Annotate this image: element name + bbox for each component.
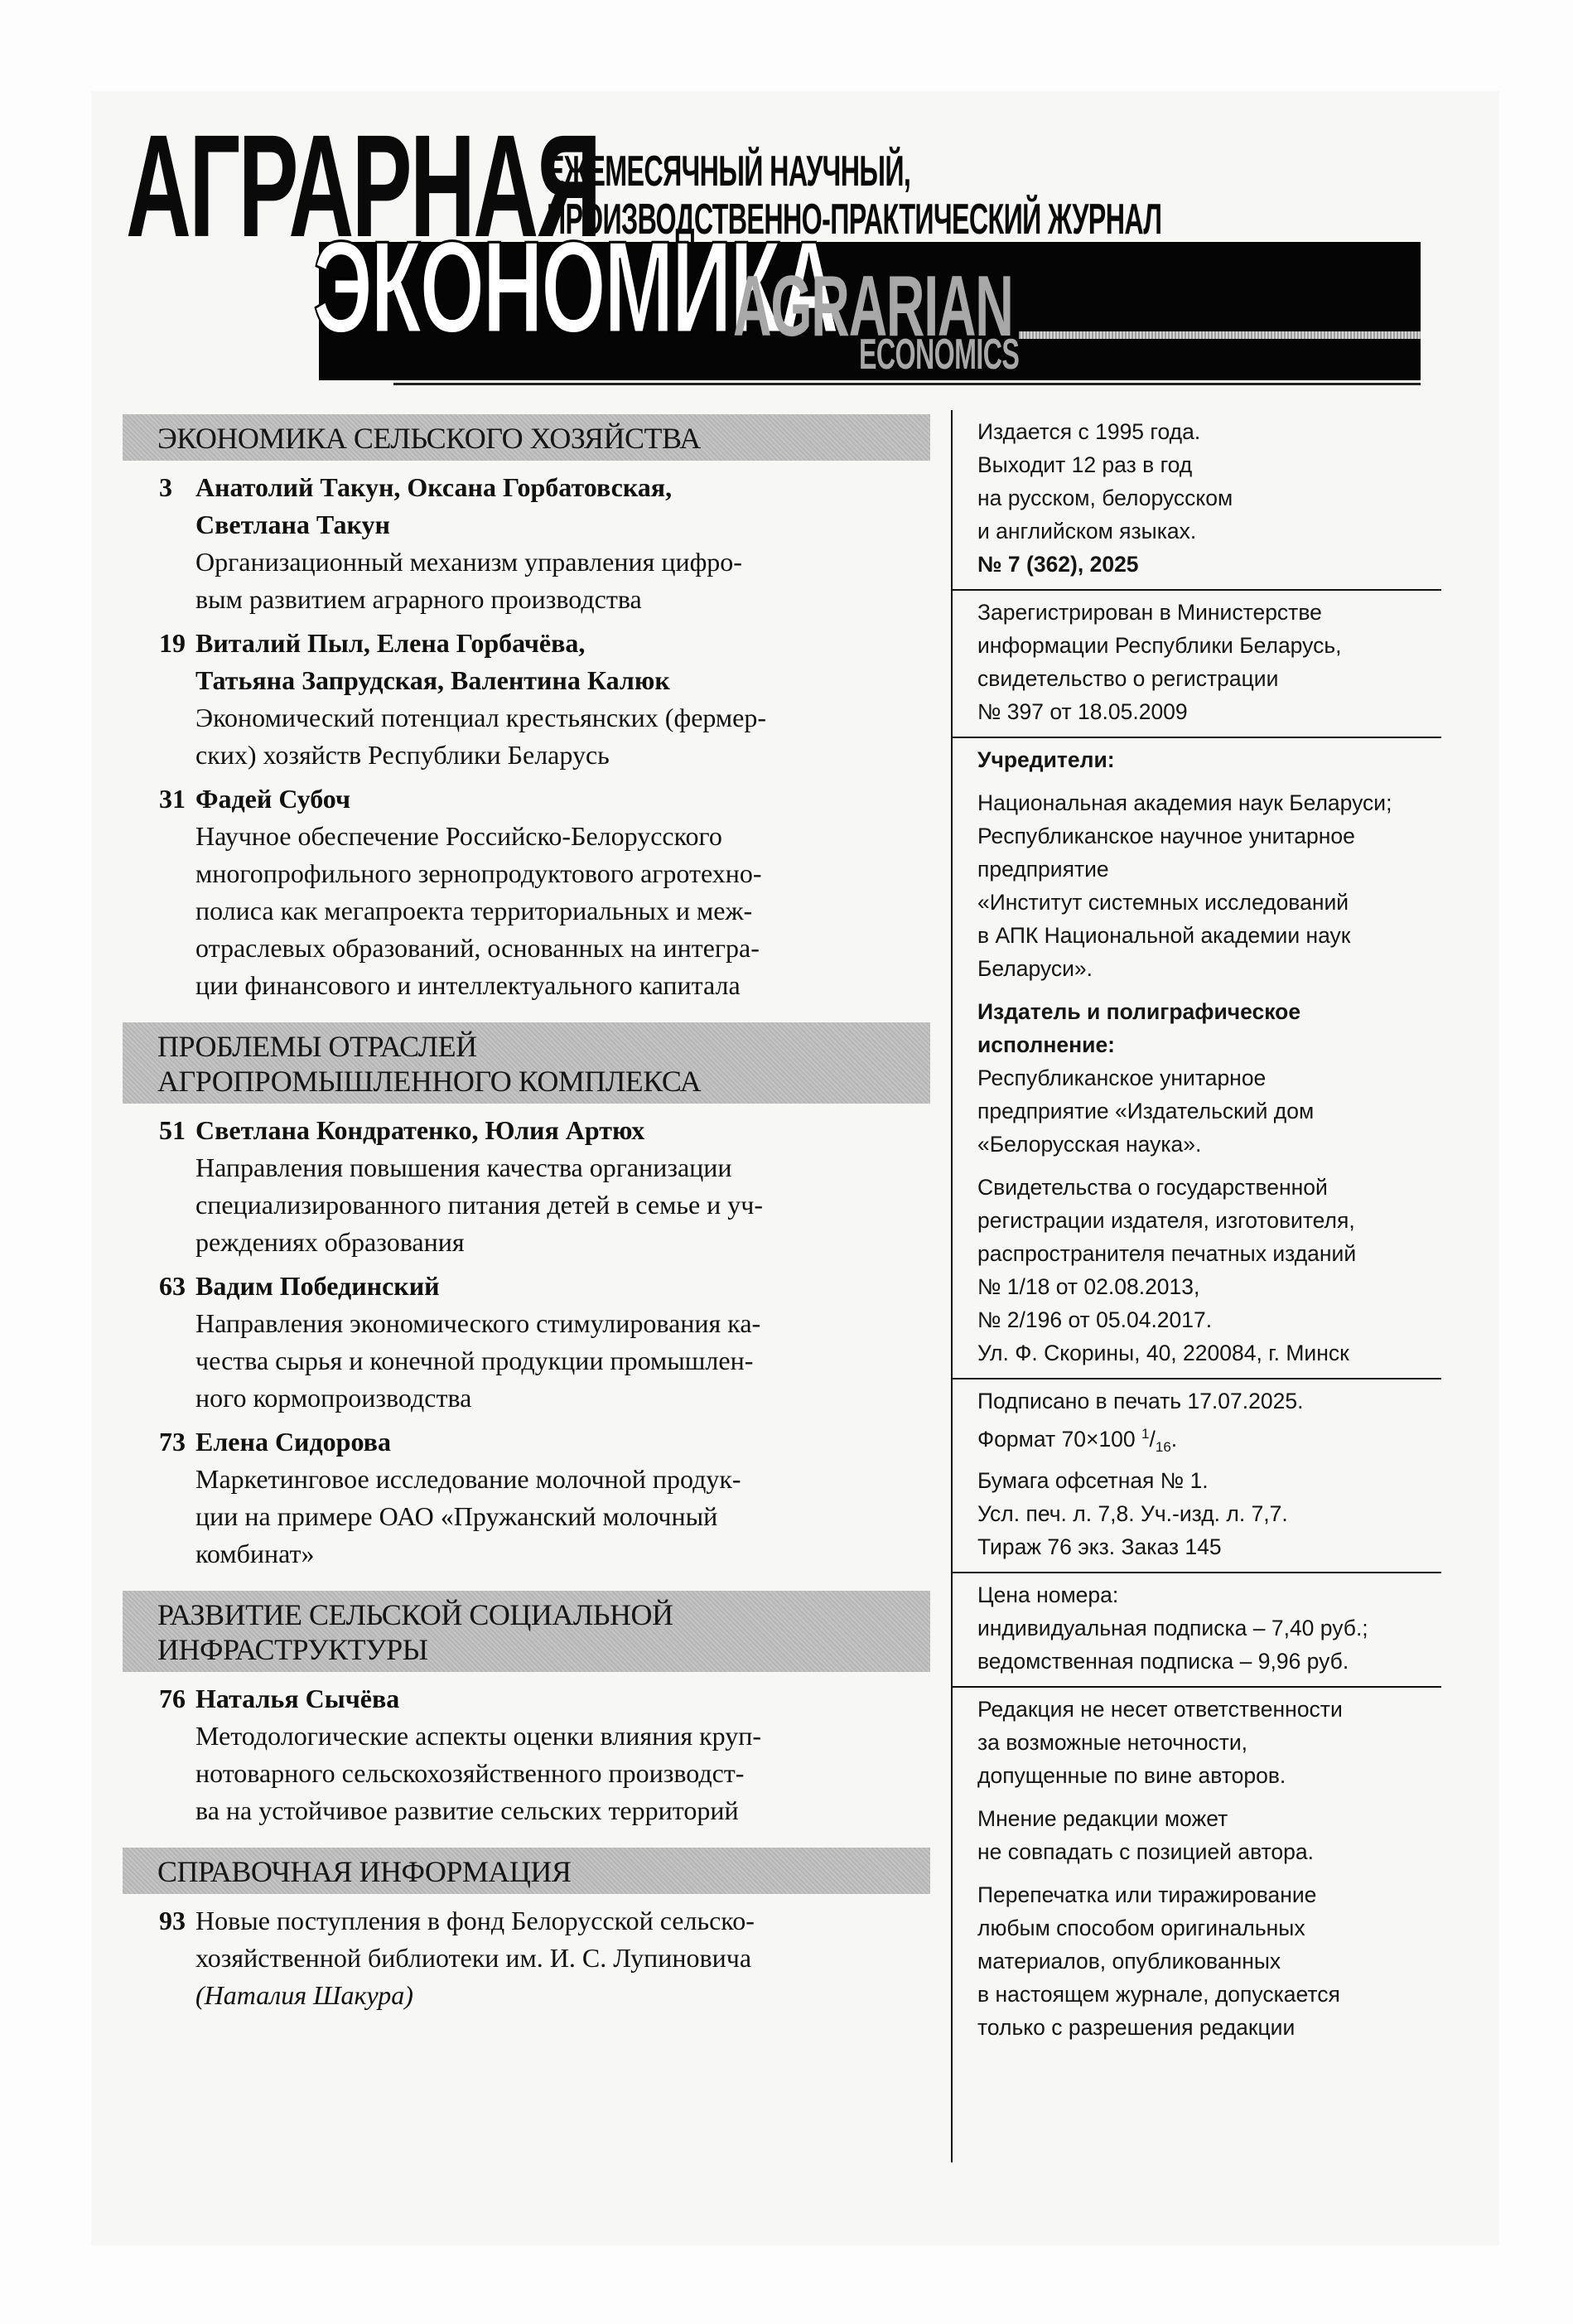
entry-body: Виталий Пыл, Елена Горбачёва,Татьяна Зап… — [195, 625, 930, 774]
entry-title: комбинат» — [195, 1535, 924, 1573]
imprint-column: Издается с 1995 года. Выходит 12 раз в г… — [951, 410, 1441, 2162]
entry-body: Анатолий Такун, Оксана Горбатовская,Свет… — [195, 469, 930, 618]
certificate-line: регистрации издателя, изготовителя, — [977, 1204, 1441, 1237]
section-heading: РАЗВИТИЕ СЕЛЬСКОЙ СОЦИАЛЬНОЙИНФРАСТРУКТУ… — [123, 1591, 930, 1672]
page-number: 93 — [123, 1902, 195, 2014]
frequency-line: Выходит 12 раз в год — [977, 448, 1441, 481]
section-heading-line: АГРОПРОМЫШЛЕННОГО КОМПЛЕКСА — [157, 1064, 930, 1099]
toc-entry[interactable]: 73Елена СидороваМаркетинговое исследован… — [123, 1423, 930, 1573]
imprint-registration: Зарегистрирован в Министерстве информаци… — [953, 591, 1441, 738]
page-number: 76 — [123, 1680, 195, 1829]
paper-type: Бумага офсетная № 1. — [977, 1464, 1441, 1497]
entry-title: Научное обеспечение Российско-Белорусско… — [195, 818, 924, 855]
frequency-line: и английском языках. — [977, 515, 1441, 548]
entry-title: специализированного питания детей в семь… — [195, 1186, 924, 1224]
disclaimer-line: не совпадать с позицией автора. — [977, 1835, 1441, 1868]
section-heading: ПРОБЛЕМЫ ОТРАСЛЕЙАГРОПРОМЫШЛЕННОГО КОМПЛ… — [123, 1022, 930, 1104]
entry-title: многопрофильного зернопродуктового агрот… — [195, 855, 924, 892]
entry-title: хозяйственной библиотеки им. И. С. Лупин… — [195, 1940, 924, 1977]
disclaimer-line: только с разрешения редакции — [977, 2011, 1441, 2044]
disclaimer-line: за возможные неточности, — [977, 1726, 1441, 1759]
entry-authors: Светлана Кондратенко, Юлия Артюх — [195, 1112, 924, 1149]
entry-body: Елена СидороваМаркетинговое исследование… — [195, 1423, 930, 1573]
entry-body: Новые поступления в фонд Белорусской сел… — [195, 1902, 930, 2014]
founder-line: Республиканское научное унитарное — [977, 819, 1441, 853]
issue-number: № 7 (362), 2025 — [977, 548, 1441, 581]
toc-entry[interactable]: 93Новые поступления в фонд Белорусской с… — [123, 1902, 930, 2014]
founder-line: «Институт системных исследований — [977, 886, 1441, 919]
registration-line: № 397 от 18.05.2009 — [977, 695, 1441, 728]
entry-authors: Елена Сидорова — [195, 1423, 924, 1461]
founder-line: предприятие — [977, 853, 1441, 886]
page-number: 63 — [123, 1268, 195, 1417]
publisher-address: Ул. Ф. Скорины, 40, 220084, г. Минск — [977, 1336, 1441, 1370]
page-number: 51 — [123, 1112, 195, 1261]
toc-entry[interactable]: 3Анатолий Такун, Оксана Горбатовская,Све… — [123, 469, 930, 618]
certificate-line: № 2/196 от 05.04.2017. — [977, 1303, 1441, 1336]
section-heading-line: ПРОБЛЕМЫ ОТРАСЛЕЙ — [157, 1029, 930, 1064]
imprint-founders-publisher: Учредители: Национальная академия наук Б… — [953, 738, 1441, 1379]
toc-entry[interactable]: 76Наталья СычёваМетодологические аспекты… — [123, 1680, 930, 1829]
founder-line: в АПК Национальной академии наук — [977, 919, 1441, 952]
signed-to-print: Подписано в печать 17.07.2025. — [977, 1384, 1441, 1418]
imprint-publication-info: Издается с 1995 года. Выходит 12 раз в г… — [953, 410, 1441, 591]
price-label: Цена номера: — [977, 1578, 1441, 1611]
entry-authors: Наталья Сычёва — [195, 1680, 924, 1718]
entry-title: чества сырья и конечной продукции промыш… — [195, 1342, 924, 1379]
toc-entry[interactable]: 63Вадим ПобединскийНаправления экономиче… — [123, 1268, 930, 1417]
founder-line: Национальная академия наук Беларуси; — [977, 786, 1441, 819]
published-since: Издается с 1995 года. — [977, 415, 1441, 448]
entry-authors: Анатолий Такун, Оксана Горбатовская, — [195, 469, 924, 506]
publisher-label: исполнение: — [977, 1028, 1441, 1061]
page-number: 31 — [123, 780, 195, 1004]
disclaimer-line: в настоящем журнале, допускается — [977, 1978, 1441, 2011]
entry-title: ного кормопроизводства — [195, 1379, 924, 1417]
disclaimer-line: Редакция не несет ответственности — [977, 1693, 1441, 1726]
publisher-line: Республиканское унитарное — [977, 1061, 1441, 1094]
entry-title: Новые поступления в фонд Белорусской сел… — [195, 1902, 924, 1940]
entry-title: полиса как мегапроекта территориальных и… — [195, 892, 924, 930]
printed-sheets: Усл. печ. л. 7,8. Уч.-изд. л. 7,7. — [977, 1497, 1441, 1530]
disclaimer-line: Мнение редакции может — [977, 1802, 1441, 1835]
imprint-disclaimers: Редакция не несет ответственности за воз… — [953, 1688, 1441, 2052]
entry-authors: Вадим Побединский — [195, 1268, 924, 1305]
entry-title: Организационный механизм управления цифр… — [195, 544, 924, 581]
entry-body: Вадим ПобединскийНаправления экономическ… — [195, 1268, 930, 1417]
founders-label: Учредители: — [977, 743, 1441, 776]
section-heading: СПРАВОЧНАЯ ИНФОРМАЦИЯ — [123, 1848, 930, 1894]
entry-title: реждениях образования — [195, 1224, 924, 1261]
entry-title: отраслевых образований, основанных на ин… — [195, 930, 924, 967]
print-format: Формат 70×100 1/16. — [977, 1418, 1441, 1464]
entry-authors: Светлана Такун — [195, 506, 924, 544]
registration-line: Зарегистрирован в Министерстве — [977, 596, 1441, 629]
disclaimer-line: любым способом оригинальных — [977, 1911, 1441, 1945]
entry-authors: Татьяна Запрудская, Валентина Калюк — [195, 662, 924, 699]
registration-line: свидетельство о регистрации — [977, 662, 1441, 695]
masthead: АГРАРНАЯ ЕЖЕМЕСЯЧНЫЙ НАУЧНЫЙ, ПРОИЗВОДСТ… — [0, 0, 1573, 398]
entry-title: нотоварного сельскохозяйственного произв… — [195, 1755, 924, 1792]
entry-body: Наталья СычёваМетодологические аспекты о… — [195, 1680, 930, 1829]
toc-entry[interactable]: 51Светлана Кондратенко, Юлия АртюхНаправ… — [123, 1112, 930, 1261]
registration-line: информации Республики Беларусь, — [977, 629, 1441, 662]
entry-title: Маркетинговое исследование молочной прод… — [195, 1461, 924, 1498]
entry-authors: Фадей Субоч — [195, 780, 924, 818]
price-departmental: ведомственная подписка – 9,96 руб. — [977, 1645, 1441, 1678]
entry-body: Фадей СубочНаучное обеспечение Российско… — [195, 780, 930, 1004]
section-heading-line: ИНФРАСТРУКТУРЫ — [157, 1632, 930, 1667]
certificate-line: распространителя печатных изданий — [977, 1237, 1441, 1270]
certificate-line: Свидетельства о государственной — [977, 1171, 1441, 1204]
page-number: 3 — [123, 469, 195, 618]
entry-authors: Виталий Пыл, Елена Горбачёва, — [195, 625, 924, 662]
entry-title: ции финансового и интеллектуального капи… — [195, 967, 924, 1004]
masthead-rule — [393, 383, 1421, 385]
entry-title: Направления повышения качества организац… — [195, 1149, 924, 1186]
page-number: 73 — [123, 1423, 195, 1573]
section-heading-line: СПРАВОЧНАЯ ИНФОРМАЦИЯ — [157, 1854, 930, 1889]
section-heading-line: РАЗВИТИЕ СЕЛЬСКОЙ СОЦИАЛЬНОЙ — [157, 1597, 930, 1632]
table-of-contents: ЭКОНОМИКА СЕЛЬСКОГО ХОЗЯЙСТВА3Анатолий Т… — [123, 414, 930, 2032]
entry-body: Светлана Кондратенко, Юлия АртюхНаправле… — [195, 1112, 930, 1261]
entry-title: Направления экономического стимулировани… — [195, 1305, 924, 1342]
entry-title: ских) хозяйств Республики Беларусь — [195, 737, 924, 774]
page-number: 19 — [123, 625, 195, 774]
subtitle-line: ЕЖЕМЕСЯЧНЫЙ НАУЧНЫЙ, — [547, 147, 1161, 196]
certificate-line: № 1/18 от 02.08.2013, — [977, 1270, 1441, 1303]
circulation: Тираж 76 экз. Заказ 145 — [977, 1530, 1441, 1563]
imprint-print-details: Подписано в печать 17.07.2025. Формат 70… — [953, 1379, 1441, 1573]
publisher-line: «Белорусская наука». — [977, 1128, 1441, 1161]
toc-entry[interactable]: 19Виталий Пыл, Елена Горбачёва,Татьяна З… — [123, 625, 930, 774]
publisher-label: Издатель и полиграфическое — [977, 995, 1441, 1028]
entry-title: Экономический потенциал крестьянских (фе… — [195, 699, 924, 737]
entry-title: ции на примере ОАО «Пружанский молочный — [195, 1498, 924, 1535]
publisher-line: предприятие «Издательский дом — [977, 1094, 1441, 1128]
format-numerator: 1 — [1141, 1426, 1149, 1442]
format-denominator: 16 — [1156, 1439, 1171, 1455]
entry-title: ва на устойчивое развитие сельских терри… — [195, 1792, 924, 1829]
masthead-stripe — [1019, 331, 1421, 339]
format-prefix: Формат 70×100 — [977, 1427, 1141, 1452]
founder-line: Беларуси». — [977, 952, 1441, 985]
imprint-price: Цена номера: индивидуальная подписка – 7… — [953, 1573, 1441, 1688]
entry-title: Методологические аспекты оценки влияния … — [195, 1718, 924, 1755]
toc-entry[interactable]: 31Фадей СубочНаучное обеспечение Российс… — [123, 780, 930, 1004]
disclaimer-line: допущенные по вине авторов. — [977, 1759, 1441, 1792]
disclaimer-line: материалов, опубликованных — [977, 1945, 1441, 1978]
price-individual: индивидуальная подписка – 7,40 руб.; — [977, 1611, 1441, 1645]
entry-note: (Наталия Шакура) — [195, 1977, 924, 2014]
entry-title: вым развитием аграрного производства — [195, 581, 924, 618]
section-heading-line: ЭКОНОМИКА СЕЛЬСКОГО ХОЗЯЙСТВА — [157, 421, 930, 456]
journal-title-english-sub: ECONOMICS — [859, 334, 1019, 375]
frequency-line: на русском, белорусском — [977, 481, 1441, 515]
disclaimer-line: Перепечатка или тиражирование — [977, 1878, 1441, 1911]
section-heading: ЭКОНОМИКА СЕЛЬСКОГО ХОЗЯЙСТВА — [123, 414, 930, 461]
